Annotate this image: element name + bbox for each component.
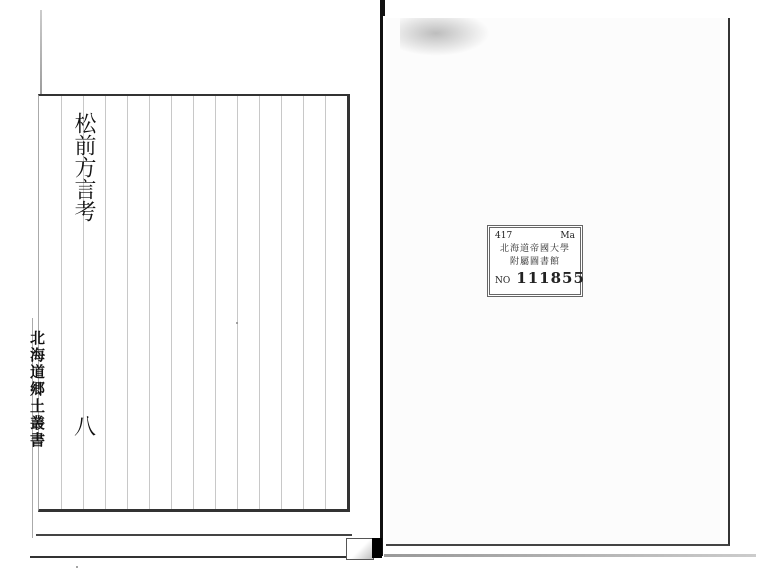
cover-edge-line (36, 534, 352, 536)
ruled-line (303, 96, 304, 509)
gutter-corner (346, 538, 374, 560)
ruled-line (149, 96, 150, 509)
library-stamp: 417 Ma 北海道帝國大學 附屬圖書館 NO 111855 (487, 225, 583, 297)
ruled-line (61, 96, 62, 509)
page-smudge (400, 18, 490, 56)
book-spine (380, 16, 383, 556)
ruled-line (325, 96, 326, 509)
page-edge-line (384, 554, 756, 557)
stamp-library: 附屬圖書館 (492, 256, 578, 269)
ruled-line (237, 96, 238, 509)
stamp-university: 北海道帝國大學 (492, 243, 578, 256)
call-suffix: Ma (560, 230, 575, 243)
ruled-line (105, 96, 106, 509)
ruled-line (193, 96, 194, 509)
ruled-line (215, 96, 216, 509)
cover-edge-line (30, 556, 350, 558)
accession-number: 111855 (516, 269, 585, 287)
ruled-line (127, 96, 128, 509)
book-title: 松前方言考 (70, 112, 96, 222)
spine-top (380, 0, 385, 16)
ruled-line (281, 96, 282, 509)
volume-number: 八 (74, 410, 96, 441)
dust-speck (236, 322, 238, 324)
stamp-no-prefix: NO (495, 276, 510, 286)
ruled-line (259, 96, 260, 509)
call-number: 417 (495, 230, 512, 243)
spine-bottom (372, 538, 382, 558)
series-label: 北海道郷土叢書 (30, 330, 48, 449)
ruled-line (171, 96, 172, 509)
dust-speck (76, 566, 78, 568)
